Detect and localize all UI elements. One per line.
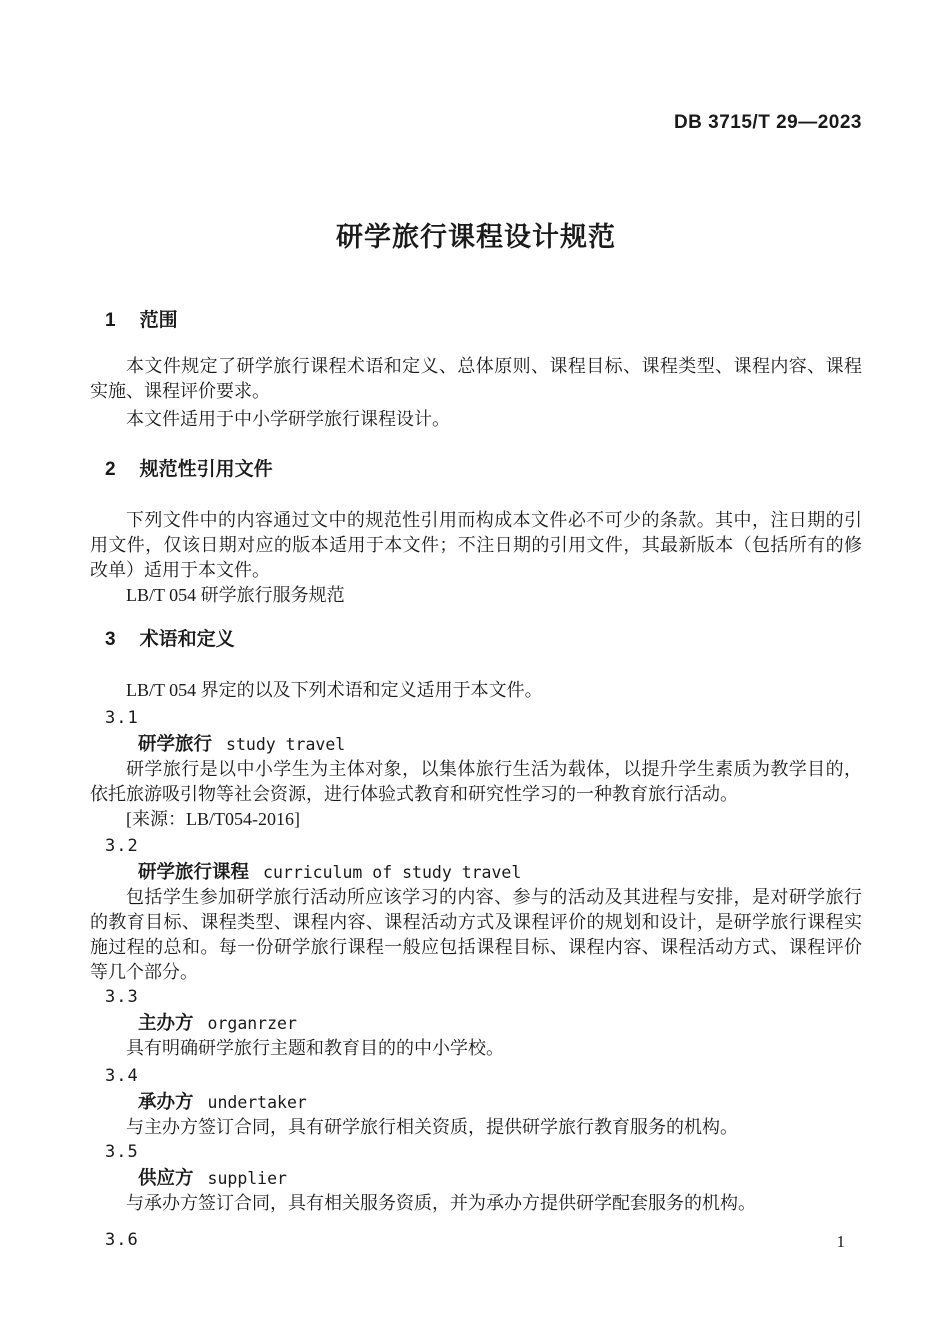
section-heading-scope: 1范围 — [90, 310, 862, 332]
section-label: 规范性引用文件 — [140, 459, 273, 480]
section-label: 范围 — [140, 310, 178, 331]
term-name-en: study travel — [226, 735, 345, 754]
page-number: 1 — [837, 1232, 846, 1252]
section-number: 2 — [105, 459, 116, 480]
document-page: DB 3715/T 29—2023 研学旅行课程设计规范 1范围 本文件规定了研… — [0, 0, 950, 1344]
section-number: 1 — [105, 310, 116, 331]
term-definition: 与承办方签订合同，具有相关服务资质，并为承办方提供研学配套服务的机构。 — [90, 1191, 862, 1216]
term-definition: 具有明确研学旅行主题和教育目的的中小学校。 — [90, 1036, 862, 1061]
term-title: 研学旅行课程curriculum of study travel — [90, 859, 862, 885]
section-heading-normative-references: 2规范性引用文件 — [90, 459, 862, 481]
term-name-en: curriculum of study travel — [263, 863, 521, 882]
terms-intro-paragraph: LB/T 054 界定的以及下列术语和定义适用于本文件。 — [90, 678, 862, 703]
paragraph: 本文件适用于中小学研学旅行课程设计。 — [90, 407, 862, 432]
term-number: 3.4 — [90, 1064, 862, 1089]
section-label: 术语和定义 — [140, 629, 235, 650]
term-name-en: supplier — [208, 1169, 287, 1188]
term-source: [来源：LB/T054-2016] — [90, 807, 862, 832]
term-title: 主办方organrzer — [90, 1010, 862, 1036]
standard-number: DB 3715/T 29—2023 — [90, 0, 862, 133]
term-title: 研学旅行study travel — [90, 731, 862, 757]
term-name-zh: 供应方 — [138, 1167, 194, 1188]
paragraph: 本文件规定了研学旅行课程术语和定义、总体原则、课程目标、课程类型、课程内容、课程… — [90, 354, 862, 404]
term-number: 3.6 — [90, 1228, 862, 1253]
term-name-zh: 研学旅行课程 — [138, 861, 249, 882]
page-content: DB 3715/T 29—2023 研学旅行课程设计规范 1范围 本文件规定了研… — [90, 0, 862, 1253]
referenced-standard: LB/T 054 研学旅行服务规范 — [90, 583, 862, 608]
term-name-en: undertaker — [208, 1093, 307, 1112]
term-number: 3.2 — [90, 834, 862, 859]
term-name-zh: 研学旅行 — [138, 733, 212, 754]
term-title: 供应方supplier — [90, 1165, 862, 1191]
term-number: 3.3 — [90, 985, 862, 1010]
term-name-zh: 主办方 — [138, 1012, 194, 1033]
term-title: 承办方undertaker — [90, 1089, 862, 1115]
term-number: 3.1 — [90, 706, 862, 731]
term-definition: 与主办方签订合同，具有研学旅行相关资质，提供研学旅行教育服务的机构。 — [90, 1115, 862, 1140]
term-definition: 包括学生参加研学旅行活动所应该学习的内容、参与的活动及其进程与安排，是对研学旅行… — [90, 885, 862, 985]
term-name-zh: 承办方 — [138, 1091, 194, 1112]
document-title: 研学旅行课程设计规范 — [90, 219, 862, 255]
term-name-en: organrzer — [208, 1014, 297, 1033]
term-definition: 研学旅行是以中小学生为主体对象，以集体旅行生活为载体，以提升学生素质为教学目的，… — [90, 757, 862, 807]
term-number: 3.5 — [90, 1140, 862, 1165]
section-number: 3 — [105, 629, 116, 650]
paragraph: 下列文件中的内容通过文中的规范性引用而构成本文件必不可少的条款。其中，注日期的引… — [90, 508, 862, 583]
section-heading-terms-definitions: 3术语和定义 — [90, 629, 862, 651]
